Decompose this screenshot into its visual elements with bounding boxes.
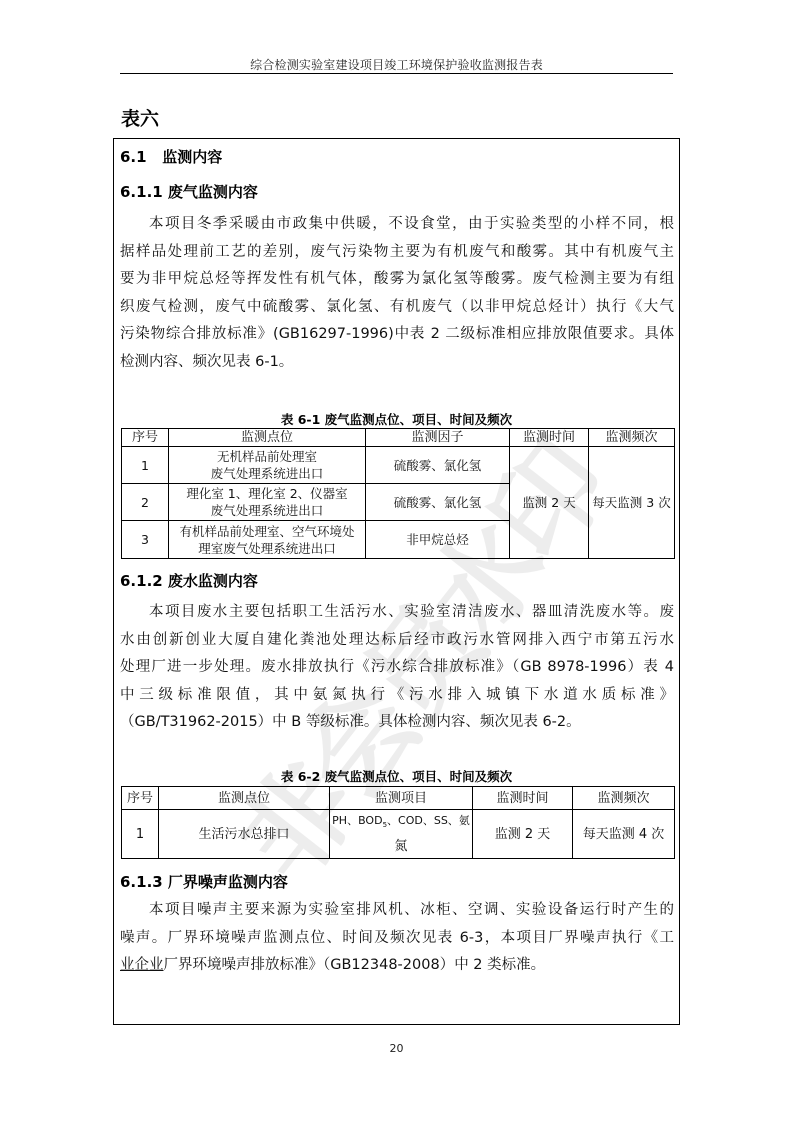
- page-number: 20: [0, 1042, 793, 1055]
- paragraph-line: 本项目废水主要包括职工生活污水、实验室清洁废水、器皿清洗废水等。废: [120, 599, 674, 627]
- monitoring-frequency: 每天监测 4 次: [573, 810, 675, 859]
- monitoring-time: 监测 2 天: [473, 810, 573, 859]
- paragraph-line: 要为非甲烷总烃等挥发性有机气体，酸雾为氯化氢等酸雾。废气检测主要为有组: [120, 266, 674, 294]
- items-text: PH、BOD: [332, 814, 382, 827]
- location-line: 废气处理系统进出口: [169, 502, 365, 519]
- location-line: 无机样品前处理室: [169, 448, 365, 465]
- paragraph-line: 织废气检测，废气中硫酸雾、氯化氢、有机废气（以非甲烷总烃计）执行《大气: [120, 294, 674, 322]
- monitoring-location: 理化室 1、理化室 2、仪器室 废气处理系统进出口: [169, 484, 366, 521]
- paragraph-wastewater: 本项目废水主要包括职工生活污水、实验室清洁废水、器皿清洗废水等。废 水由创新创业…: [120, 599, 674, 737]
- paragraph-text: 厂界环境噪声排放标准》（GB12348-2008）中 2 类标准。: [164, 957, 546, 973]
- paragraph-line: 检测内容、频次见表 6-1。: [120, 349, 674, 377]
- paragraph-line: （GB/T31962-2015）中 B 等级标准。具体检测内容、频次见表 6-2…: [120, 709, 674, 737]
- items-line: 氮: [330, 836, 472, 858]
- paragraph-line: 处理厂进一步处理。废水排放执行《污水综合排放标准》（GB 8978-1996）表…: [120, 654, 674, 682]
- header-cell: 监测项目: [330, 787, 473, 810]
- table-6-1-caption: 表 6-1 废气监测点位、项目、时间及频次: [0, 410, 793, 428]
- monitoring-location: 生活污水总排口: [159, 810, 330, 859]
- table-6-2-caption: 表 6-2 废气监测点位、项目、时间及频次: [0, 767, 793, 785]
- location-line: 理室废气处理系统进出口: [169, 540, 365, 557]
- paragraph-line: 噪声。厂界环境噪声监测点位、时间及频次见表 6-3，本项目厂界噪声执行《工: [120, 925, 674, 953]
- header-cell: 监测点位: [169, 429, 366, 447]
- monitoring-location: 无机样品前处理室 废气处理系统进出口: [169, 447, 366, 484]
- monitoring-time: 监测 2 天: [510, 447, 589, 559]
- header-divider: [120, 73, 673, 74]
- monitoring-location: 有机样品前处理室、空气环境处 理室废气处理系统进出口: [169, 521, 366, 559]
- table-header-row: 序号 监测点位 监测因子 监测时间 监测频次: [122, 429, 675, 447]
- paragraph-exhaust-gas: 本项目冬季采暖由市政集中供暖，不设食堂，由于实验类型的小样不同，根 据样品处理前…: [120, 211, 674, 376]
- section-heading-6-1-3: 6.1.3 厂界噪声监测内容: [120, 871, 288, 892]
- location-line: 有机样品前处理室、空气环境处: [169, 523, 365, 540]
- header-cell: 监测因子: [366, 429, 510, 447]
- underlined-text: 业企业: [120, 957, 164, 973]
- section-heading-6-1: 6.1 监测内容: [120, 146, 222, 167]
- paragraph-line: 业企业厂界环境噪声排放标准》（GB12348-2008）中 2 类标准。: [120, 952, 674, 980]
- paragraph-line: 水由创新创业大厦自建化粪池处理达标后经市政污水管网排入西宁市第五污水: [120, 627, 674, 655]
- paragraph-line: 本项目噪声主要来源为实验室排风机、冰柜、空调、实验设备运行时产生的: [120, 897, 674, 925]
- header-cell: 序号: [122, 429, 169, 447]
- header-cell: 监测频次: [573, 787, 675, 810]
- location-line: 理化室 1、理化室 2、仪器室: [169, 485, 365, 502]
- row-number: 2: [122, 484, 169, 521]
- table-6-1: 序号 监测点位 监测因子 监测时间 监测频次 1 无机样品前处理室 废气处理系统…: [121, 428, 675, 559]
- row-number: 1: [122, 447, 169, 484]
- monitoring-factor: 硫酸雾、氯化氢: [366, 447, 510, 484]
- table-6-2: 序号 监测点位 监测项目 监测时间 监测频次 1 生活污水总排口 PH、BOD5…: [121, 786, 675, 859]
- header-cell: 序号: [122, 787, 159, 810]
- section-heading-6-1-1: 6.1.1 废气监测内容: [120, 181, 258, 202]
- items-line: PH、BOD5、COD、SS、氨: [330, 810, 472, 836]
- monitoring-frequency: 每天监测 3 次: [589, 447, 675, 559]
- monitoring-factor: 非甲烷总烃: [366, 521, 510, 559]
- table-label: 表六: [121, 104, 159, 131]
- header-cell: 监测时间: [473, 787, 573, 810]
- header-cell: 监测点位: [159, 787, 330, 810]
- monitoring-factor: 硫酸雾、氯化氢: [366, 484, 510, 521]
- row-number: 1: [122, 810, 159, 859]
- header-cell: 监测时间: [510, 429, 589, 447]
- paragraph-line: 中三级标准限值，其中氨氮执行《污水排入城镇下水道水质标准》: [120, 682, 674, 710]
- section-heading-6-1-2: 6.1.2 废水监测内容: [120, 570, 258, 591]
- items-text: 、COD、SS、氨: [387, 814, 470, 827]
- row-number: 3: [122, 521, 169, 559]
- monitoring-items: PH、BOD5、COD、SS、氨 氮: [330, 810, 473, 859]
- paragraph-line: 污染物综合排放标准》(GB16297-1996)中表 2 二级标准相应排放限值要…: [120, 321, 674, 349]
- document-header-title: 综合检测实验室建设项目竣工环境保护验收监测报告表: [0, 56, 793, 73]
- table-header-row: 序号 监测点位 监测项目 监测时间 监测频次: [122, 787, 675, 810]
- location-line: 废气处理系统进出口: [169, 465, 365, 482]
- table-row: 1 无机样品前处理室 废气处理系统进出口 硫酸雾、氯化氢 监测 2 天 每天监测…: [122, 447, 675, 484]
- table-row: 1 生活污水总排口 PH、BOD5、COD、SS、氨 氮 监测 2 天 每天监测…: [122, 810, 675, 859]
- header-cell: 监测频次: [589, 429, 675, 447]
- paragraph-line: 据样品处理前工艺的差别，废气污染物主要为有机废气和酸雾。其中有机废气主: [120, 239, 674, 267]
- paragraph-noise: 本项目噪声主要来源为实验室排风机、冰柜、空调、实验设备运行时产生的 噪声。厂界环…: [120, 897, 674, 980]
- paragraph-line: 本项目冬季采暖由市政集中供暖，不设食堂，由于实验类型的小样不同，根: [120, 211, 674, 239]
